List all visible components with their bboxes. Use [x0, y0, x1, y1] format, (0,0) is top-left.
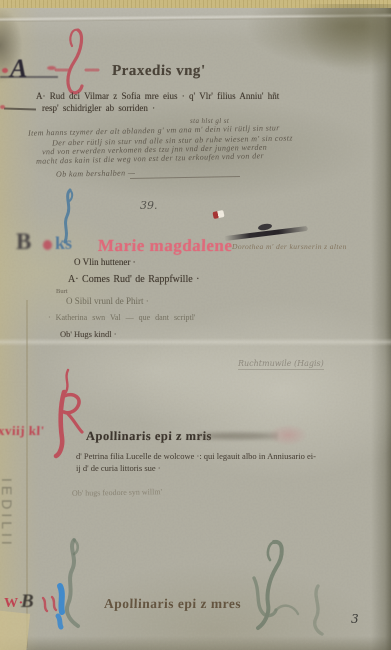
heading-apollinaris-2: Apollinaris epi z mres	[104, 597, 242, 611]
manuscript-photo: A Praxedis vng' A· Rud dci Vilmar z Sofi…	[0, 0, 391, 650]
dark-initial-a: A	[10, 56, 27, 82]
blue-show-through-letters: ks	[55, 234, 72, 252]
red-white-fleck	[212, 210, 224, 219]
dark-letter-b: B	[21, 592, 34, 611]
entry-line: A· Comes Rud' de Rappfwille ·	[68, 275, 200, 285]
calendar-notation-red: xviij kl'	[0, 424, 45, 437]
marginal-note: Dorothea m' der kursnerin z alten	[232, 243, 347, 251]
top-right-stain	[296, 4, 391, 76]
horizontal-fold	[0, 338, 391, 346]
bottom-left-fold	[0, 610, 30, 650]
flourish-letter-icon	[240, 534, 302, 634]
red-blob	[43, 240, 52, 250]
heading-marie-magdalene: Marie magdalene	[98, 237, 233, 254]
red-fleck-margin	[0, 105, 5, 109]
red-initial-r-icon	[46, 366, 90, 460]
entry-line: O Sibil vrunl de Phirt ·	[66, 297, 149, 306]
entry-line: A· Rud dci Vilmar z Sofia mre eius · q' …	[36, 92, 279, 101]
entry-line: ij d' de curia littoris sue ·	[76, 464, 161, 473]
pencil-place-note: Ruchtmuwile (Hagis)	[238, 360, 324, 370]
cursive-flourish-line	[130, 176, 240, 179]
initial-a-tail	[0, 76, 58, 78]
folio-number: 3	[351, 613, 359, 625]
entry-line: O Vlin huttener ·	[74, 258, 136, 267]
vertical-margin-stamp: IEDILII	[0, 478, 14, 608]
entry-line: d' Petrina filia Lucelle de wolcowe ·: q…	[76, 452, 316, 461]
ghost-writing	[198, 430, 278, 442]
pen-dash	[4, 107, 36, 110]
tall-flourish-blue-icon	[48, 534, 96, 632]
archive-number-pencil: 39.	[140, 200, 158, 211]
ghost-red-blotch	[268, 424, 308, 446]
heading-praxedis: Praxedis vng'	[112, 64, 206, 79]
entry-line: Ob' Hugs kindl ·	[60, 330, 117, 339]
cursive-line: Ob kam bershalben —	[56, 169, 136, 178]
red-fleck-right	[47, 66, 56, 70]
red-ornament-icon	[39, 594, 61, 614]
entry-line: resp' schidrigler ab sorriden ·	[42, 104, 155, 113]
heading-apollinaris-1: Apollinaris epi z mris	[86, 430, 212, 443]
entry-line: · Katherina swn Val — que dant scriptl'	[48, 314, 195, 322]
faint-flourish-icon	[298, 582, 336, 638]
show-through-letter-b: B	[16, 230, 31, 253]
entry-line: Burt	[56, 289, 68, 296]
red-fleck-left	[2, 68, 8, 73]
entry-line: Ob' hugs feodore syn willm'	[72, 488, 162, 498]
